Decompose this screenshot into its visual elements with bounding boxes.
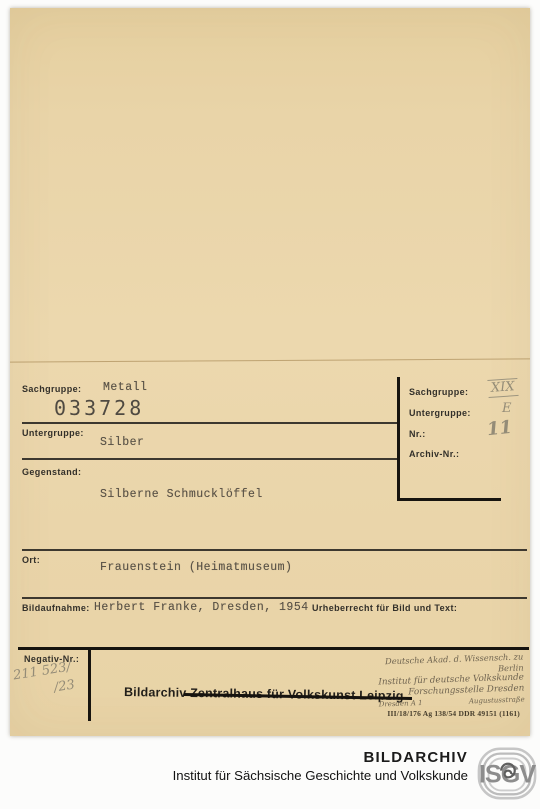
box-untergruppe-label: Untergruppe: <box>409 408 471 418</box>
negativ-column-divider <box>88 647 91 721</box>
rule-under-sachgruppe <box>22 422 397 424</box>
archive-index-card: Sachgruppe: Metall 033728 Untergruppe: S… <box>10 8 530 736</box>
urheberrecht-label: Urheberrecht für Bild und Text: <box>312 603 457 613</box>
ort-value: Frauenstein (Heimatmuseum) <box>100 561 292 574</box>
bildaufnahme-label: Bildaufnahme: <box>22 603 90 613</box>
footer-subtitle: Institut für Sächsische Geschichte und V… <box>173 768 468 783</box>
footer-title: BILDARCHIV <box>173 749 468 766</box>
box-nr-handwritten-value: 11 <box>486 417 513 441</box>
box-sachgruppe-label: Sachgruppe: <box>409 387 468 397</box>
print-code: III/18/176 Ag 138/54 DDR 49151 (1161) <box>387 709 520 718</box>
untergruppe-label: Untergruppe: <box>22 428 84 438</box>
bildaufnahme-value: Herbert Franke, Dresden, 1954 <box>94 601 309 614</box>
sachgruppe-label: Sachgruppe: <box>22 384 81 394</box>
box-untergruppe-handwritten-value: E <box>502 401 512 416</box>
ort-label: Ort: <box>22 555 40 565</box>
inventory-number-stamp: 033728 <box>54 396 144 420</box>
sachgruppe-value: Metall <box>103 381 147 394</box>
institute-stamp: Deutsche Akad. d. Wissensch. zu Berlin I… <box>377 651 525 710</box>
box-sachgruppe-handwritten-value: XIX <box>487 378 518 398</box>
untergruppe-value: Silber <box>100 436 144 449</box>
fold-crease-line <box>10 358 530 362</box>
class-box-left-border <box>397 377 400 501</box>
page-footer: BILDARCHIV Institut für Sächsische Gesch… <box>173 749 468 783</box>
isgv-logo: ISGV <box>476 740 538 806</box>
box-nr-label: Nr.: <box>409 429 426 439</box>
rule-above-ort <box>22 549 527 551</box>
gegenstand-value: Silberne Schmucklöffel <box>100 488 263 501</box>
archive-stamp-prefix: Bildarchiv <box>124 685 187 700</box>
negativ-nr-handwritten-bottom: /23 <box>53 677 76 695</box>
class-box-bottom-border <box>397 498 501 501</box>
box-archiv-nr-label: Archiv-Nr.: <box>409 449 459 459</box>
rule-under-untergruppe <box>22 458 397 460</box>
rule-above-bildaufnahme <box>22 597 527 599</box>
institute-stamp-street: Augustusstraße <box>469 694 525 706</box>
bottom-section-top-border <box>18 647 529 650</box>
gegenstand-label: Gegenstand: <box>22 467 81 477</box>
